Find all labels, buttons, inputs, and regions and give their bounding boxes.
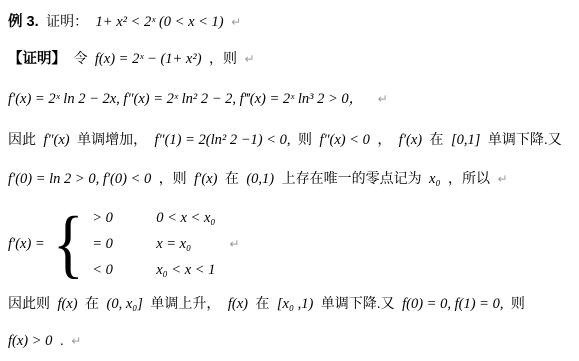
piecewise-row-positive: > 0 0 < x < x₀ — [92, 205, 215, 231]
f-prime-endpoint-values: f′(0) = ln 2 > 0, f′(0) < 0 — [8, 171, 151, 187]
monotone-decreasing-text: 单调下降.又 — [488, 131, 562, 147]
therefore-then-text: 因此则 — [8, 295, 50, 311]
f-double-prime-at-1: f″(1) = 2(ln² 2 −1) < 0, — [155, 132, 291, 148]
range-after-x0: x₀ < x < 1 — [156, 262, 215, 279]
on-text: 在 — [225, 170, 239, 186]
then-text: ，则 — [159, 170, 187, 186]
derivatives-equations: f′(x) = 2ˣ ln 2 − 2x, f″(x) = 2ˣ ln² 2 −… — [8, 91, 363, 107]
zero-point-line: f′(0) = ln 2 > 0, f′(0) < 0 ，则 f′(x) 在 (… — [8, 167, 508, 190]
final-conclusion-line: f(x) > 0 . ↵ — [8, 329, 81, 352]
on-text: 在 — [430, 131, 444, 147]
monotone-up-text: 单调上升， — [150, 295, 220, 311]
interval-0-x0: (0, x₀] — [106, 296, 142, 312]
paragraph-mark-icon: ↵ — [244, 52, 254, 66]
piecewise-row-negative: < 0 x₀ < x < 1 — [92, 257, 215, 283]
range-before-x0: 0 < x < x₀ — [156, 210, 215, 227]
paragraph-mark-icon: ↵ — [71, 334, 81, 348]
monotonicity-conclusion-line: 因此则 f(x) 在 (0, x₀] 单调上升， f(x) 在 [x₀ ,1) … — [8, 292, 525, 315]
on-text: 在 — [255, 295, 269, 311]
interval-0-1-open: (0,1) — [246, 171, 274, 187]
f-double-prime-negative: f″(x) < 0 — [319, 132, 369, 148]
f-of-x: f(x) — [228, 296, 248, 312]
f-double-prime: f″(x) — [43, 132, 69, 148]
condition-positive: > 0 — [92, 210, 134, 227]
final-inequality: f(x) > 0 — [8, 333, 52, 349]
prove-label: 证明： — [46, 13, 88, 29]
piecewise-rows: > 0 0 < x < x₀ = 0 x = x₀ < 0 x₀ < x < 1 — [92, 205, 215, 283]
then-text: 则 — [298, 131, 312, 147]
piecewise-row-zero: = 0 x = x₀ — [92, 231, 215, 257]
unique-zero-text: 上存在唯一的零点记为 — [282, 170, 422, 186]
f-prime: f′(x) — [194, 171, 217, 187]
second-derivative-analysis-line: 因此 f″(x) 单调增加， f″(1) = 2(ln² 2 −1) < 0, … — [8, 128, 562, 151]
condition-zero: = 0 — [92, 236, 134, 253]
monotone-down-text: 单调下降.又 — [321, 295, 395, 311]
f-prime: f′(x) — [399, 132, 422, 148]
comma-text: ， — [377, 131, 391, 147]
problem-statement-line: 例 3. 证明： 1+ x² < 2ˣ (0 < x < 1) ↵ — [8, 10, 241, 33]
paragraph-mark-icon: ↵ — [497, 172, 507, 186]
period-text: . — [60, 332, 64, 348]
let-text: 令 — [73, 50, 87, 66]
paragraph-mark-icon: ↵ — [378, 92, 388, 106]
monotone-increasing-text: 单调增加， — [77, 131, 147, 147]
example-number-label: 例 3. — [8, 14, 39, 30]
on-text: 在 — [85, 295, 99, 311]
x0-symbol: x₀ — [429, 171, 440, 187]
condition-negative: < 0 — [92, 262, 134, 279]
so-text: ，所以 — [448, 170, 490, 186]
f-of-x: f(x) — [57, 296, 77, 312]
paragraph-mark-icon: ↵ — [231, 15, 241, 29]
then-text: 则 — [511, 295, 525, 311]
left-brace-symbol: { — [52, 204, 83, 284]
range-at-x0: x = x₀ — [156, 236, 191, 253]
proof-header-label: 【证明】 — [8, 51, 66, 67]
derivatives-line: f′(x) = 2ˣ ln 2 − 2x, f″(x) = 2ˣ ln² 2 −… — [8, 88, 388, 110]
interval-0-1-closed: [0,1] — [451, 132, 480, 148]
then-text: ，则 — [209, 50, 237, 66]
interval-x0-1: [x₀ ,1) — [277, 296, 313, 312]
piecewise-lhs: f′(x) = — [8, 236, 45, 253]
proof-header-line: 【证明】 令 f(x) = 2ˣ − (1+ x²) ，则 ↵ — [8, 47, 255, 70]
problem-inequality: 1+ x² < 2ˣ (0 < x < 1) — [96, 14, 224, 30]
function-definition: f(x) = 2ˣ − (1+ x²) — [95, 51, 202, 67]
document-page: 例 3. 证明： 1+ x² < 2ˣ (0 < x < 1) ↵ 【证明】 令… — [0, 0, 579, 361]
boundary-values: f(0) = 0, f(1) = 0, — [402, 296, 503, 312]
paragraph-mark-icon: ↵ — [229, 237, 239, 251]
therefore-text: 因此 — [8, 131, 36, 147]
piecewise-equation: f′(x) = { > 0 0 < x < x₀ = 0 x = x₀ < 0 … — [8, 204, 239, 284]
